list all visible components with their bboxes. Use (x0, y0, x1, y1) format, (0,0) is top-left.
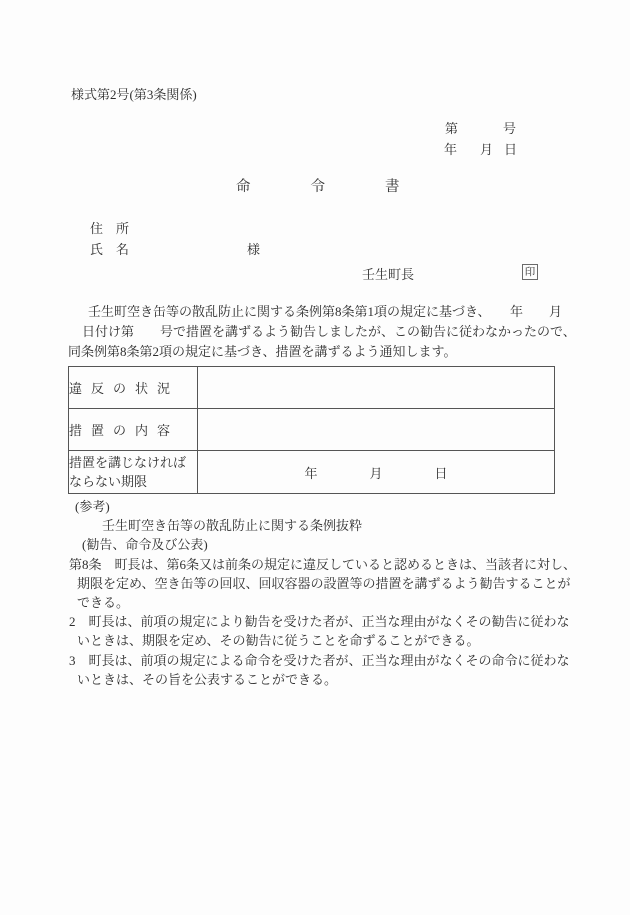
form-id: 様式第2号(第3条関係) (71, 84, 197, 103)
reference-section: (参考) 壬生町空き缶等の散乱防止に関する条例抜粋 (勧告、命令及び公表) 第8… (68, 497, 573, 689)
doc-number-prefix: 第 (445, 118, 458, 137)
seal-box: 印 (522, 264, 538, 280)
doc-number-line: 第 号 (0, 118, 630, 134)
document-page: 様式第2号(第3条関係) 第 号 年 月 日 命令書 住 所 氏 名 様 壬生町… (0, 0, 630, 915)
addressee-honorific: 様 (247, 239, 260, 258)
table-row-violation-status: 違反の状況 (69, 367, 555, 409)
violation-table: 違反の状況 措置の内容 措置を講じなければ ならない期限 年 月 日 (68, 366, 555, 494)
violation-status-label: 違反の状況 (69, 367, 198, 409)
issuer-name: 壬生町長 (362, 264, 414, 283)
measure-content-value (198, 409, 555, 451)
reference-line: いときは、期限を定め、その勧告に従うことを命ずることができる。 (68, 631, 573, 650)
body-line: 壬生町空き缶等の散乱防止に関する条例第8条第1項の規定に基づき、 年 月 (68, 302, 566, 322)
body-line: 同条例第8条第2項の規定に基づき、措置を講ずるよう通知します。 (68, 342, 566, 362)
deadline-date-value: 年 月 日 (198, 451, 555, 494)
document-title: 命令書 (236, 175, 460, 196)
issue-date-month-label: 月 (480, 139, 493, 158)
measure-content-label: 措置の内容 (69, 409, 198, 451)
deadline-label-line2: ならない期限 (69, 472, 197, 491)
body-line: 日付け第 号で措置を講ずるよう勧告しましたが、この勧告に従わなかったので、 (68, 322, 566, 342)
reference-line: 第8条 町長は、第6条又は前条の規定に違反していると認めるときは、当該者に対し、 (68, 555, 573, 574)
reference-subtitle: 壬生町空き缶等の散乱防止に関する条例抜粋 (68, 516, 573, 535)
reference-line: できる。 (68, 593, 573, 612)
deadline-label: 措置を講じなければ ならない期限 (69, 451, 198, 494)
reference-line: 期限を定め、空き缶等の回収、回収容器の設置等の措置を講ずるよう勧告することが (68, 574, 573, 593)
reference-section-title: (勧告、命令及び公表) (68, 535, 573, 554)
reference-line: いときは、その旨を公表することができる。 (68, 670, 573, 689)
addressee-name-label: 氏 名 (90, 242, 129, 257)
reference-heading: (参考) (68, 497, 573, 516)
addressee-name-line: 氏 名 様 (90, 239, 390, 258)
table-row-measure-content: 措置の内容 (69, 409, 555, 451)
deadline-label-line1: 措置を講じなければ (69, 453, 197, 472)
body-paragraph: 壬生町空き缶等の散乱防止に関する条例第8条第1項の規定に基づき、 年 月 日付け… (68, 302, 566, 362)
addressee-address-label: 住 所 (90, 218, 129, 237)
violation-status-value (198, 367, 555, 409)
issue-date-day-label: 日 (504, 139, 517, 158)
issue-date-year-label: 年 (444, 139, 457, 158)
reference-line: 3 町長は、前項の規定による命令を受けた者が、正当な理由がなくその命令に従わな (68, 651, 573, 670)
reference-line: 2 町長は、前項の規定により勧告を受けた者が、正当な理由がなくその勧告に従わな (68, 612, 573, 631)
doc-number-suffix: 号 (503, 118, 516, 137)
table-row-deadline: 措置を講じなければ ならない期限 年 月 日 (69, 451, 555, 494)
issue-date-line: 年 月 日 (0, 139, 630, 155)
